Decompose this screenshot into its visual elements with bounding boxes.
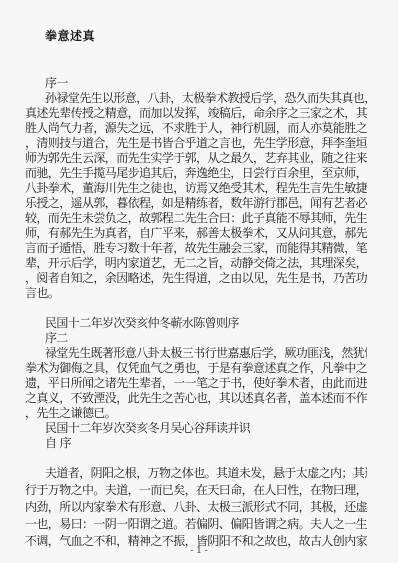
preface3-line: 一也，易曰：一阴一阳谓之道。若偏阴、偏阳皆谓之病。夫人之一生，饮食之 [25, 517, 367, 532]
preface1-line: ，阅者自知之，余因略述，先生得道，之由以见，先生是书，乃苦功经历所得者，非空 [25, 271, 367, 286]
preface2-heading: 序二 [45, 331, 367, 346]
preface2-line: 拳术为御侮之具，仅凭血气之勇也，于是有拳意述真之作，凡拳中之奥义，阐发无 [25, 361, 367, 376]
preface1-line: 较，而先生未尝负之，故郭程二先生合曰：此子真能不辱其师，先生年五十余，居京 [25, 211, 367, 226]
preface1-line: 辈，开示后学，明内家道艺，无二之旨，动静交倚之法，其理深矣，其说，俱备于书 [25, 256, 367, 271]
preface1-line: 胜人尚气力者，源失之远，不求胜于人，神行机圆，而人亦莫能胜之者，其源则清 [25, 121, 367, 136]
preface1-signature: 民国十二年岁次癸亥仲冬蕲水陈曾则序 [45, 316, 367, 331]
preface1-line: 言也。 [25, 286, 367, 301]
preface1-line: 而驰，先生手揽马尾步追其后，奔逸绝尘，日尝行百余里，至京师，闻程先生廷华精 [25, 166, 367, 181]
document-title: 拳意述真 [45, 27, 95, 44]
preface3-line: 夫道者，阴阳之根，万物之体也。其道未发，悬于太虚之内；其道已发，流 [45, 466, 367, 481]
preface1-line: 八卦拳术，董海川先生之徒也，访焉又绝受其术，程先生言先生敏捷过于人，人亦 [25, 181, 367, 196]
preface1-line: 师，有郝先生为真者，自广平来，郝善太极拳术，又从问其意，郝先生曰：异哉，吾一 [25, 226, 367, 241]
preface2-line: 之真义，不致湮没，此先生之苦心也，其以述真名者，盖本述而不作之意，于此益见 [25, 391, 367, 406]
preface1-line: 言而子遁悟，胜专习数十年者，故先生融会三家，而能得其精微，笔之于书，表章先 [25, 241, 367, 256]
preface1-line: 真述先辈传授之精意，而加以发挥，竣稿后，命余序之三家之术，其意本一，大抵务 [25, 106, 367, 121]
preface2-line: ，先生之谦德已。 [25, 406, 367, 421]
preface1-line: 师为郭先生云深，而先生实学于郭，从之最久，艺弃其业，随之往来各省，郭先生骑 [25, 151, 367, 166]
preface1-heading: 序一 [45, 76, 367, 91]
preface1-line: 孙禄堂先生以形意，八卦，太极拳术教授后学，恐久而失其真也，乃作拳意述 [45, 91, 367, 106]
preface1-line: 乐授之，遥从郭，暮依程，如是精练者，数年游行郡邑，闻有艺者必造访，或不服与 [25, 196, 367, 211]
preface3-heading: 自 序 [45, 436, 367, 451]
preface1-line: ，清则技与道合，先生是书皆合乎道之言也，先生学形意，拜李奎垣先生之门，李之 [25, 136, 367, 151]
preface3-line: 内劲，所以内家拳术有形意、八卦、太极三派形式不同，其极，还虚之道，则 [25, 500, 367, 515]
page-number: - 1 - [0, 546, 398, 556]
preface2-signature: 民国十二年岁次癸亥冬月吴心谷拜读并识 [45, 421, 367, 436]
preface3-line: 行于万物之中。夫道，一而已矣，在天曰命，在人曰性，在物曰理，在拳术曰 [25, 483, 367, 498]
preface2-line: 禄堂先生既著形意八卦太极三书行世嘉惠后学，厥功匪浅，然犹惧不知者，以 [45, 346, 367, 361]
preface2-line: 遗，平日所闻之诸先生辈者，一一笔之于书，使好拳术者，由此而进于道焉，俾武术 [25, 376, 367, 391]
document-page: 拳意述真 序一 孙禄堂先生以形意，八卦，太极拳术教授后学，恐久而失其真也，乃作拳… [0, 0, 398, 563]
